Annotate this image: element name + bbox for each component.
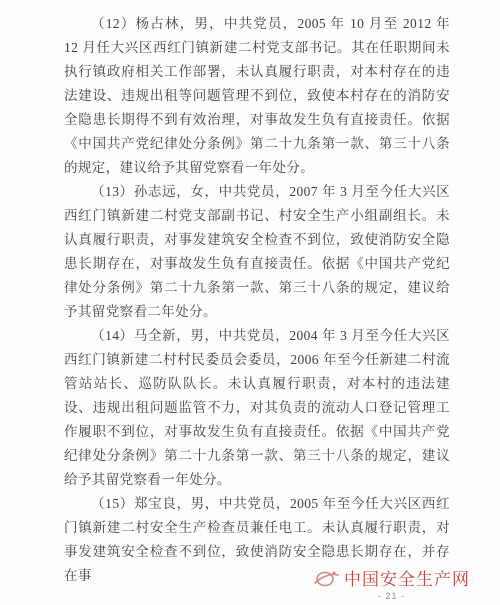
paragraph-item-14: （14）马全新，男，中共党员，2004 年 3 月至今任大兴区西红门镇新建二村村… [64,324,450,492]
paragraph-item-13: （13）孙志远，女，中共党员，2007 年 3 月至今任大兴区西红门镇新建二村党… [64,180,450,324]
document-body: （12）杨占林，男，中共党员，2005 年 10 月至 2012 年 12 月任… [64,12,450,588]
page-number: - 21 - [378,591,405,601]
paragraph-item-12: （12）杨占林，男，中共党员，2005 年 10 月至 2012 年 12 月任… [64,12,450,180]
brand-logo: 中国安全生产网 [313,565,470,590]
globe-swoosh-icon [313,567,339,589]
footer-watermark: 中国安全生产网 - 21 - [313,565,470,601]
brand-logo-text: 中国安全生产网 [344,565,470,590]
